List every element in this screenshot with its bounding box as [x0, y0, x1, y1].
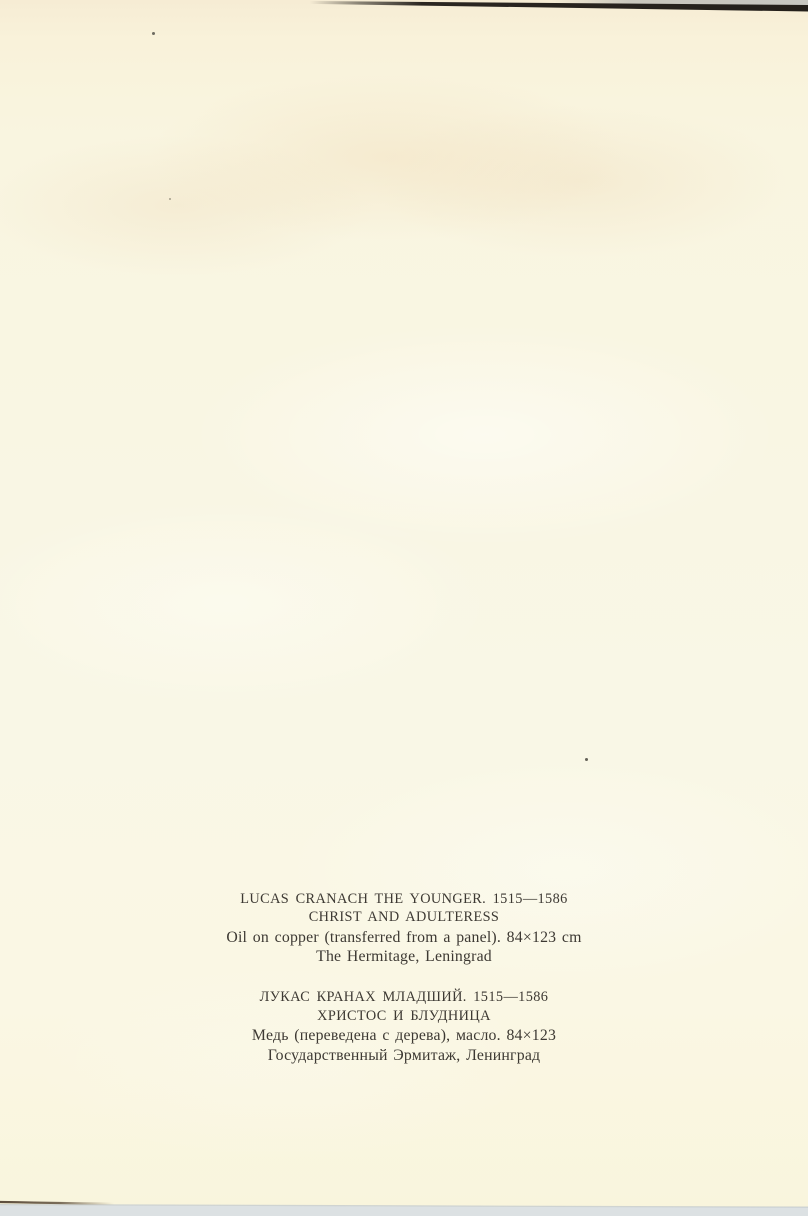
- caption-ru-artist-line: ЛУКАС КРАНАХ МЛАДШИЙ. 1515—1586: [0, 989, 808, 1006]
- page-bottom-edge: [0, 1200, 808, 1216]
- book-page: LUCAS CRANACH THE YOUNGER. 1515—1586 CHR…: [0, 0, 808, 1207]
- caption-block: LUCAS CRANACH THE YOUNGER. 1515—1586 CHR…: [0, 0, 808, 1207]
- caption-ru-title-line: ХРИСТОС И БЛУДНИЦА: [0, 1008, 808, 1025]
- caption-en-artist-line: LUCAS CRANACH THE YOUNGER. 1515—1586: [0, 891, 808, 908]
- caption-en-medium-line: Oil on copper (transferred from a panel)…: [0, 929, 808, 947]
- caption-ru-location-line: Государственный Эрмитаж, Ленинград: [0, 1047, 808, 1065]
- caption-en-location-line: The Hermitage, Leningrad: [0, 948, 808, 966]
- caption-ru-medium-line: Медь (переведена с дерева), масло. 84×12…: [0, 1027, 808, 1045]
- caption-en-title-line: CHRIST AND ADULTERESS: [0, 909, 808, 926]
- scanner-background: LUCAS CRANACH THE YOUNGER. 1515—1586 CHR…: [0, 0, 808, 1216]
